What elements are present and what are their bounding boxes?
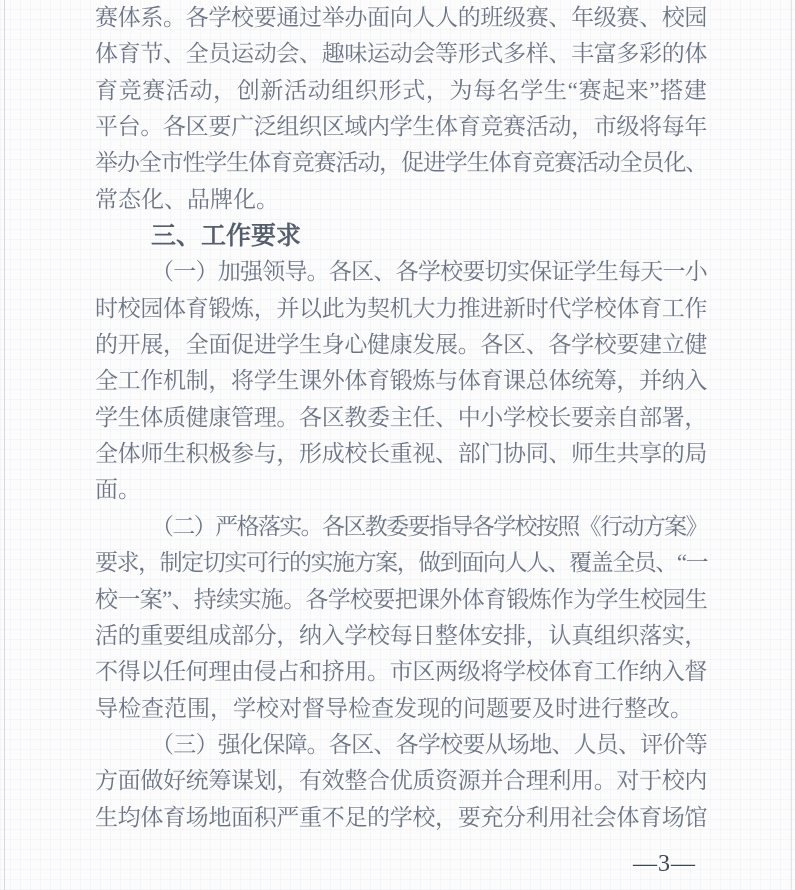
text-line: 全工作机制，将学生课外体育锻炼与体育课总体统筹，并纳入 bbox=[95, 363, 707, 399]
text-line: （三）强化保障。各区、各学校要从场地、人员、评价等 bbox=[95, 727, 707, 763]
text-line: 体育节、全员运动会、趣味运动会等形式多样、丰富多彩的体 bbox=[95, 36, 707, 72]
text-line: 全体师生积极参与，形成校长重视、部门协同、师生共享的局 bbox=[95, 436, 707, 472]
section-heading: 三、工作要求 bbox=[95, 218, 707, 254]
text-line: 不得以任何理由侵占和挤用。市区两级将学校体育工作纳入督 bbox=[95, 654, 707, 690]
text-line: 要求，制定切实可行的实施方案，做到面向人人、覆盖全员、“一 bbox=[95, 545, 707, 581]
scan-edge-line-left bbox=[4, 0, 5, 890]
text-line: 的开展，全面促进学生身心健康发展。各区、各学校要建立健 bbox=[95, 327, 707, 363]
text-line: 方面做好统筹谋划，有效整合优质资源并合理利用。对于校内 bbox=[95, 763, 707, 799]
text-line: 时校园体育锻炼，并以此为契机大力推进新时代学校体育工作 bbox=[95, 291, 707, 327]
text-line: 学生体质健康管理。各区教委主任、中小学校长要亲自部署， bbox=[95, 400, 707, 436]
text-line: 举办全市性学生体育竞赛活动，促进学生体育竞赛活动全员化、 bbox=[95, 145, 707, 181]
document-lines: 赛体系。各学校要通过举办面向人人的班级赛、年级赛、校园体育节、全员运动会、趣味运… bbox=[95, 0, 707, 836]
text-line: 育竞赛活动，创新活动组织形式，为每名学生“赛起来”搭建 bbox=[95, 73, 707, 109]
text-line: 活的重要组成部分，纳入学校每日整体安排，认真组织落实， bbox=[95, 618, 707, 654]
text-line: 赛体系。各学校要通过举办面向人人的班级赛、年级赛、校园 bbox=[95, 0, 707, 36]
text-line: 导检查范围，学校对督导检查发现的问题要及时进行整改。 bbox=[95, 691, 707, 727]
text-line: （二）严格落实。各区教委要指导各学校按照《行动方案》 bbox=[95, 509, 707, 545]
scan-edge-line-right bbox=[791, 0, 792, 890]
scanned-document-page: { "page": { "page_number": "—3—" }, "col… bbox=[0, 0, 795, 890]
page-number: —3— bbox=[633, 851, 696, 878]
text-line: 面。 bbox=[95, 472, 707, 508]
text-line: 校一案”、持续实施。各学校要把课外体育锻炼作为学生校园生 bbox=[95, 582, 707, 618]
text-line: 常态化、品牌化。 bbox=[95, 182, 707, 218]
text-line: （一）加强领导。各区、各学校要切实保证学生每天一小 bbox=[95, 254, 707, 290]
text-line: 生均体育场地面积严重不足的学校，要充分利用社会体育场馆 bbox=[95, 800, 707, 836]
text-line: 平台。各区要广泛组织区域内学生体育竞赛活动，市级将每年 bbox=[95, 109, 707, 145]
